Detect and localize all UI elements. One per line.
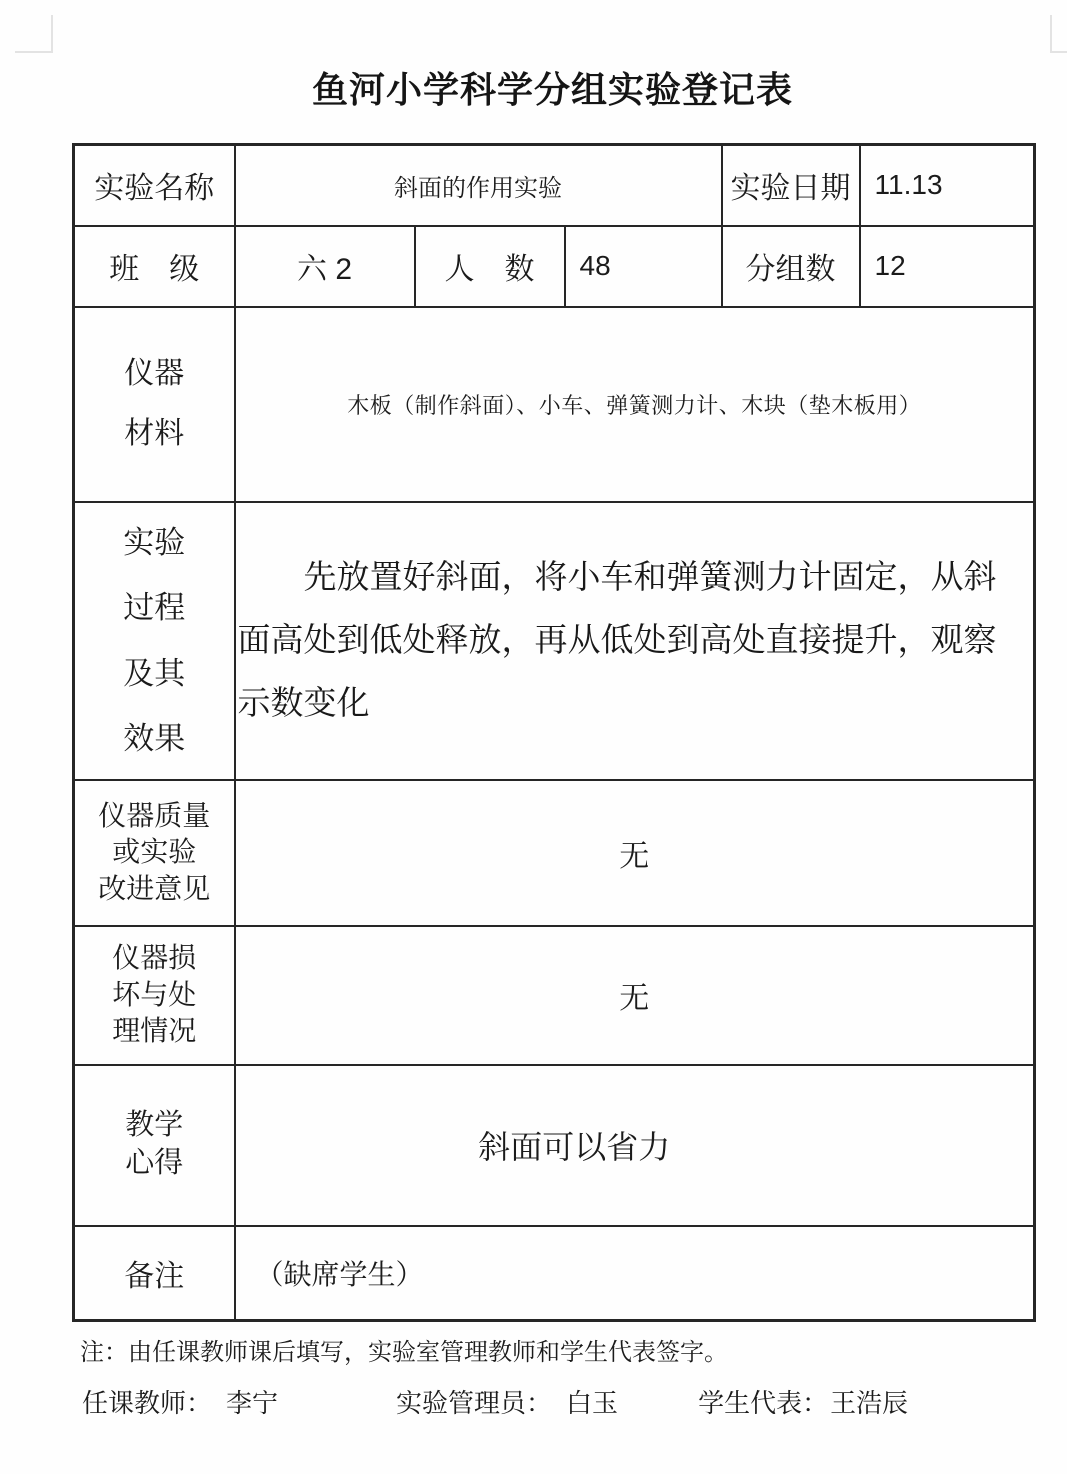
experiment-name-value: 斜面的作用实验 [235,145,722,226]
class-value: 六 2 [235,226,415,307]
quality-feedback-value: 无 [235,780,1035,926]
process-cell: 先放置好斜面，将小车和弹簧测力计固定，从斜面高处到低处释放，再从低处到高处直接提… [235,502,1035,780]
student-rep-label: 学生代表： [698,1383,828,1420]
student-count-label: 人 数 [415,226,565,307]
class-label: 班 级 [74,226,235,307]
materials-label: 仪器 材料 [74,307,235,502]
signature-teacher: 任课教师： 李宁 [82,1383,278,1420]
student-count-value: 48 [565,226,722,307]
row-class-info: 班 级 六 2 人 数 48 分组数 12 [74,226,1035,307]
remarks-value: （缺席学生） [235,1226,1035,1321]
row-teaching-insight: 教学 心得 斜面可以省力 [74,1065,1035,1226]
process-value: 先放置好斜面，将小车和弹簧测力计固定，从斜面高处到低处释放，再从低处到高处直接提… [238,546,1010,734]
teacher-label: 任课教师： [82,1383,212,1420]
footer-note: 注：由任课教师课后填写，实验室管理教师和学生代表签字。 [80,1332,728,1367]
signature-student-rep: 学生代表： 王浩辰 [698,1383,908,1420]
group-count-label: 分组数 [722,226,860,307]
quality-feedback-label: 仪器质量 或实验 改进意见 [74,780,235,926]
teaching-insight-value: 斜面可以省力 [235,1065,1035,1226]
row-experiment: 实验名称 斜面的作用实验 实验日期 11.13 [74,145,1035,226]
row-remarks: 备注 （缺席学生） [74,1226,1035,1321]
materials-value: 木板（制作斜面）、小车、弹簧测力计、木块（垫木板用） [235,307,1035,502]
experiment-date-label: 实验日期 [722,145,860,226]
damage-label: 仪器损 坏与处 理情况 [74,926,235,1065]
remarks-label: 备注 [74,1226,235,1321]
registration-table: 实验名称 斜面的作用实验 实验日期 11.13 班 级 六 2 人 数 48 分… [72,143,1036,1322]
signature-line: 任课教师： 李宁 实验管理员： 白玉 学生代表： 王浩辰 [82,1383,908,1420]
row-process: 实验 过程 及其 效果 先放置好斜面，将小车和弹簧测力计固定，从斜面高处到低处释… [74,502,1035,780]
page-corner-mark-top-right [1050,15,1067,53]
signature-lab-manager: 实验管理员： 白玉 [396,1383,618,1420]
process-label: 实验 过程 及其 效果 [74,502,235,780]
experiment-name-label: 实验名称 [74,145,235,226]
teaching-insight-label: 教学 心得 [74,1065,235,1226]
lab-manager-label: 实验管理员： [396,1383,552,1420]
row-damage: 仪器损 坏与处 理情况 无 [74,926,1035,1065]
lab-manager-name: 白玉 [566,1383,618,1420]
teacher-name: 李宁 [226,1383,278,1420]
row-materials: 仪器 材料 木板（制作斜面）、小车、弹簧测力计、木块（垫木板用） [74,307,1035,502]
page-corner-mark-top-left [15,15,53,53]
group-count-value: 12 [860,226,1035,307]
row-quality-feedback: 仪器质量 或实验 改进意见 无 [74,780,1035,926]
student-rep-name: 王浩辰 [830,1383,908,1420]
experiment-date-value: 11.13 [860,145,1035,226]
damage-value: 无 [235,926,1035,1065]
document-page: 鱼河小学科学分组实验登记表 实验名称 斜面的作用实验 实验日期 11.13 班 … [0,0,1067,1474]
page-title: 鱼河小学科学分组实验登记表 [72,62,1033,113]
